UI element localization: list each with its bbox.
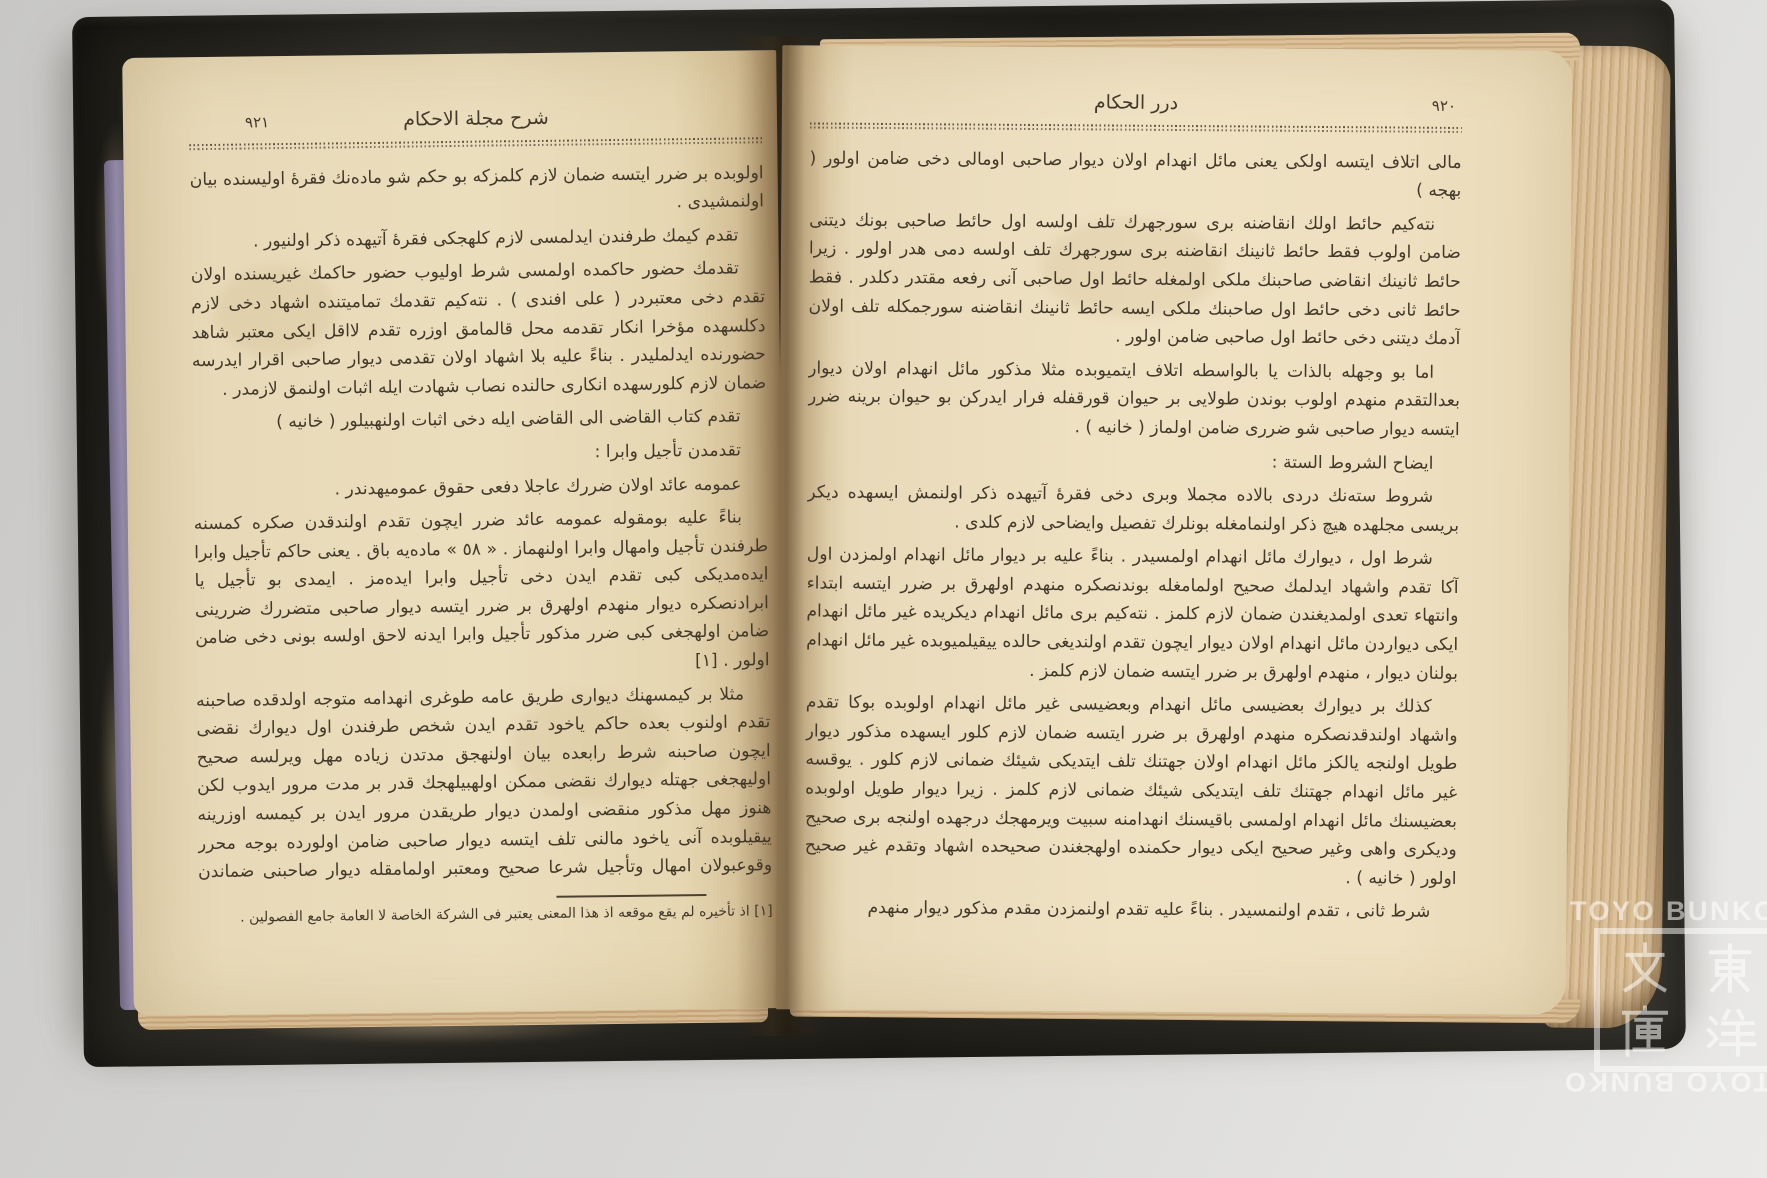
book-photo: ٩٢١ شرح مجلة الاحكام اولوبده بر ضرر ايتس…	[0, 0, 1767, 1178]
paragraph: شرط اول ، ديوارك مائل انهدام اولمسيدر . …	[806, 541, 1459, 689]
toyo-bunko-watermark-text-rotated: TOYO BUNKO	[1570, 1066, 1767, 1097]
section-heading: ايضاح الشروط الستة :	[807, 445, 1459, 478]
right-page-header: درر الحكام ٩٢٠	[810, 89, 1462, 124]
paragraph: اولوبده بر ضرر ايتسه ضمان لازم كلمزكه بو…	[189, 159, 764, 223]
left-page-body: اولوبده بر ضرر ايتسه ضمان لازم كلمزكه بو…	[189, 159, 772, 892]
footnote: [١] اذ تأخيره لم يقع موقعه اذ هذا المعنى…	[199, 901, 773, 928]
seal-character-yo-icon	[1688, 1001, 1767, 1063]
left-page-content: ٩٢١ شرح مجلة الاحكام اولوبده بر ضرر ايتس…	[189, 104, 773, 928]
paragraph: كذلك بر ديوارك بعضيسى مائل انهدام وبعضيس…	[804, 689, 1457, 894]
paragraph: عمومه عائد اولان ضررك عاجلا دفعى حقوق عم…	[193, 470, 767, 506]
left-running-title: شرح مجلة الاحكام	[189, 104, 763, 133]
left-page-header: ٩٢١ شرح مجلة الاحكام	[189, 104, 763, 141]
seal-character-higashi-icon	[1688, 937, 1767, 999]
paragraph: تقدم كتاب القاضى الى القاضى ايله دخى اثب…	[192, 403, 766, 439]
paragraph: تقدمك حضور حاكمده اولمسى شرط اوليوب حضور…	[191, 255, 767, 405]
right-running-title: درر الحكام	[810, 89, 1462, 116]
left-page: ٩٢١ شرح مجلة الاحكام اولوبده بر ضرر ايتس…	[122, 50, 788, 1016]
right-page-content: درر الحكام ٩٢٠ مالى اتلاف ايتسه اولكى يع…	[804, 89, 1462, 994]
paragraph: مثلا بر كيمسهنك ديوارى طريق عامه طوغرى ا…	[196, 680, 772, 892]
paragraph: شروط ستەنك دردى بالاده مجملا وبرى دخى فق…	[807, 479, 1459, 541]
paragraph: نتەكيم حائط اولك انقاضنه برى سورجهرك تلف…	[808, 206, 1461, 354]
paragraph: تقدم كيمك طرفندن ايدلمسى لازم كلهجكى فقر…	[190, 221, 764, 257]
footnote-rule	[556, 894, 706, 898]
section-heading: تقدمدن تأجيل وابرا :	[193, 436, 767, 472]
header-rule	[810, 122, 1462, 132]
paragraph: شرط ثانى ، تقدم اولنمسيدر . بناءً عليه ت…	[804, 894, 1456, 927]
paragraph: اما بو وجهله بالذات يا بالواسطه اتلاف اي…	[808, 354, 1461, 444]
right-page: درر الحكام ٩٢٠ مالى اتلاف ايتسه اولكى يع…	[776, 45, 1573, 1014]
right-page-number: ٩٢٠	[1432, 97, 1456, 115]
paragraph: مالى اتلاف ايتسه اولكى يعنى مائل انهدام …	[809, 144, 1461, 206]
right-page-body: مالى اتلاف ايتسه اولكى يعنى مائل انهدام …	[804, 144, 1462, 995]
paragraph: بناءً عليه بومقوله عمومه عائد ضرر ايچون …	[194, 503, 770, 682]
